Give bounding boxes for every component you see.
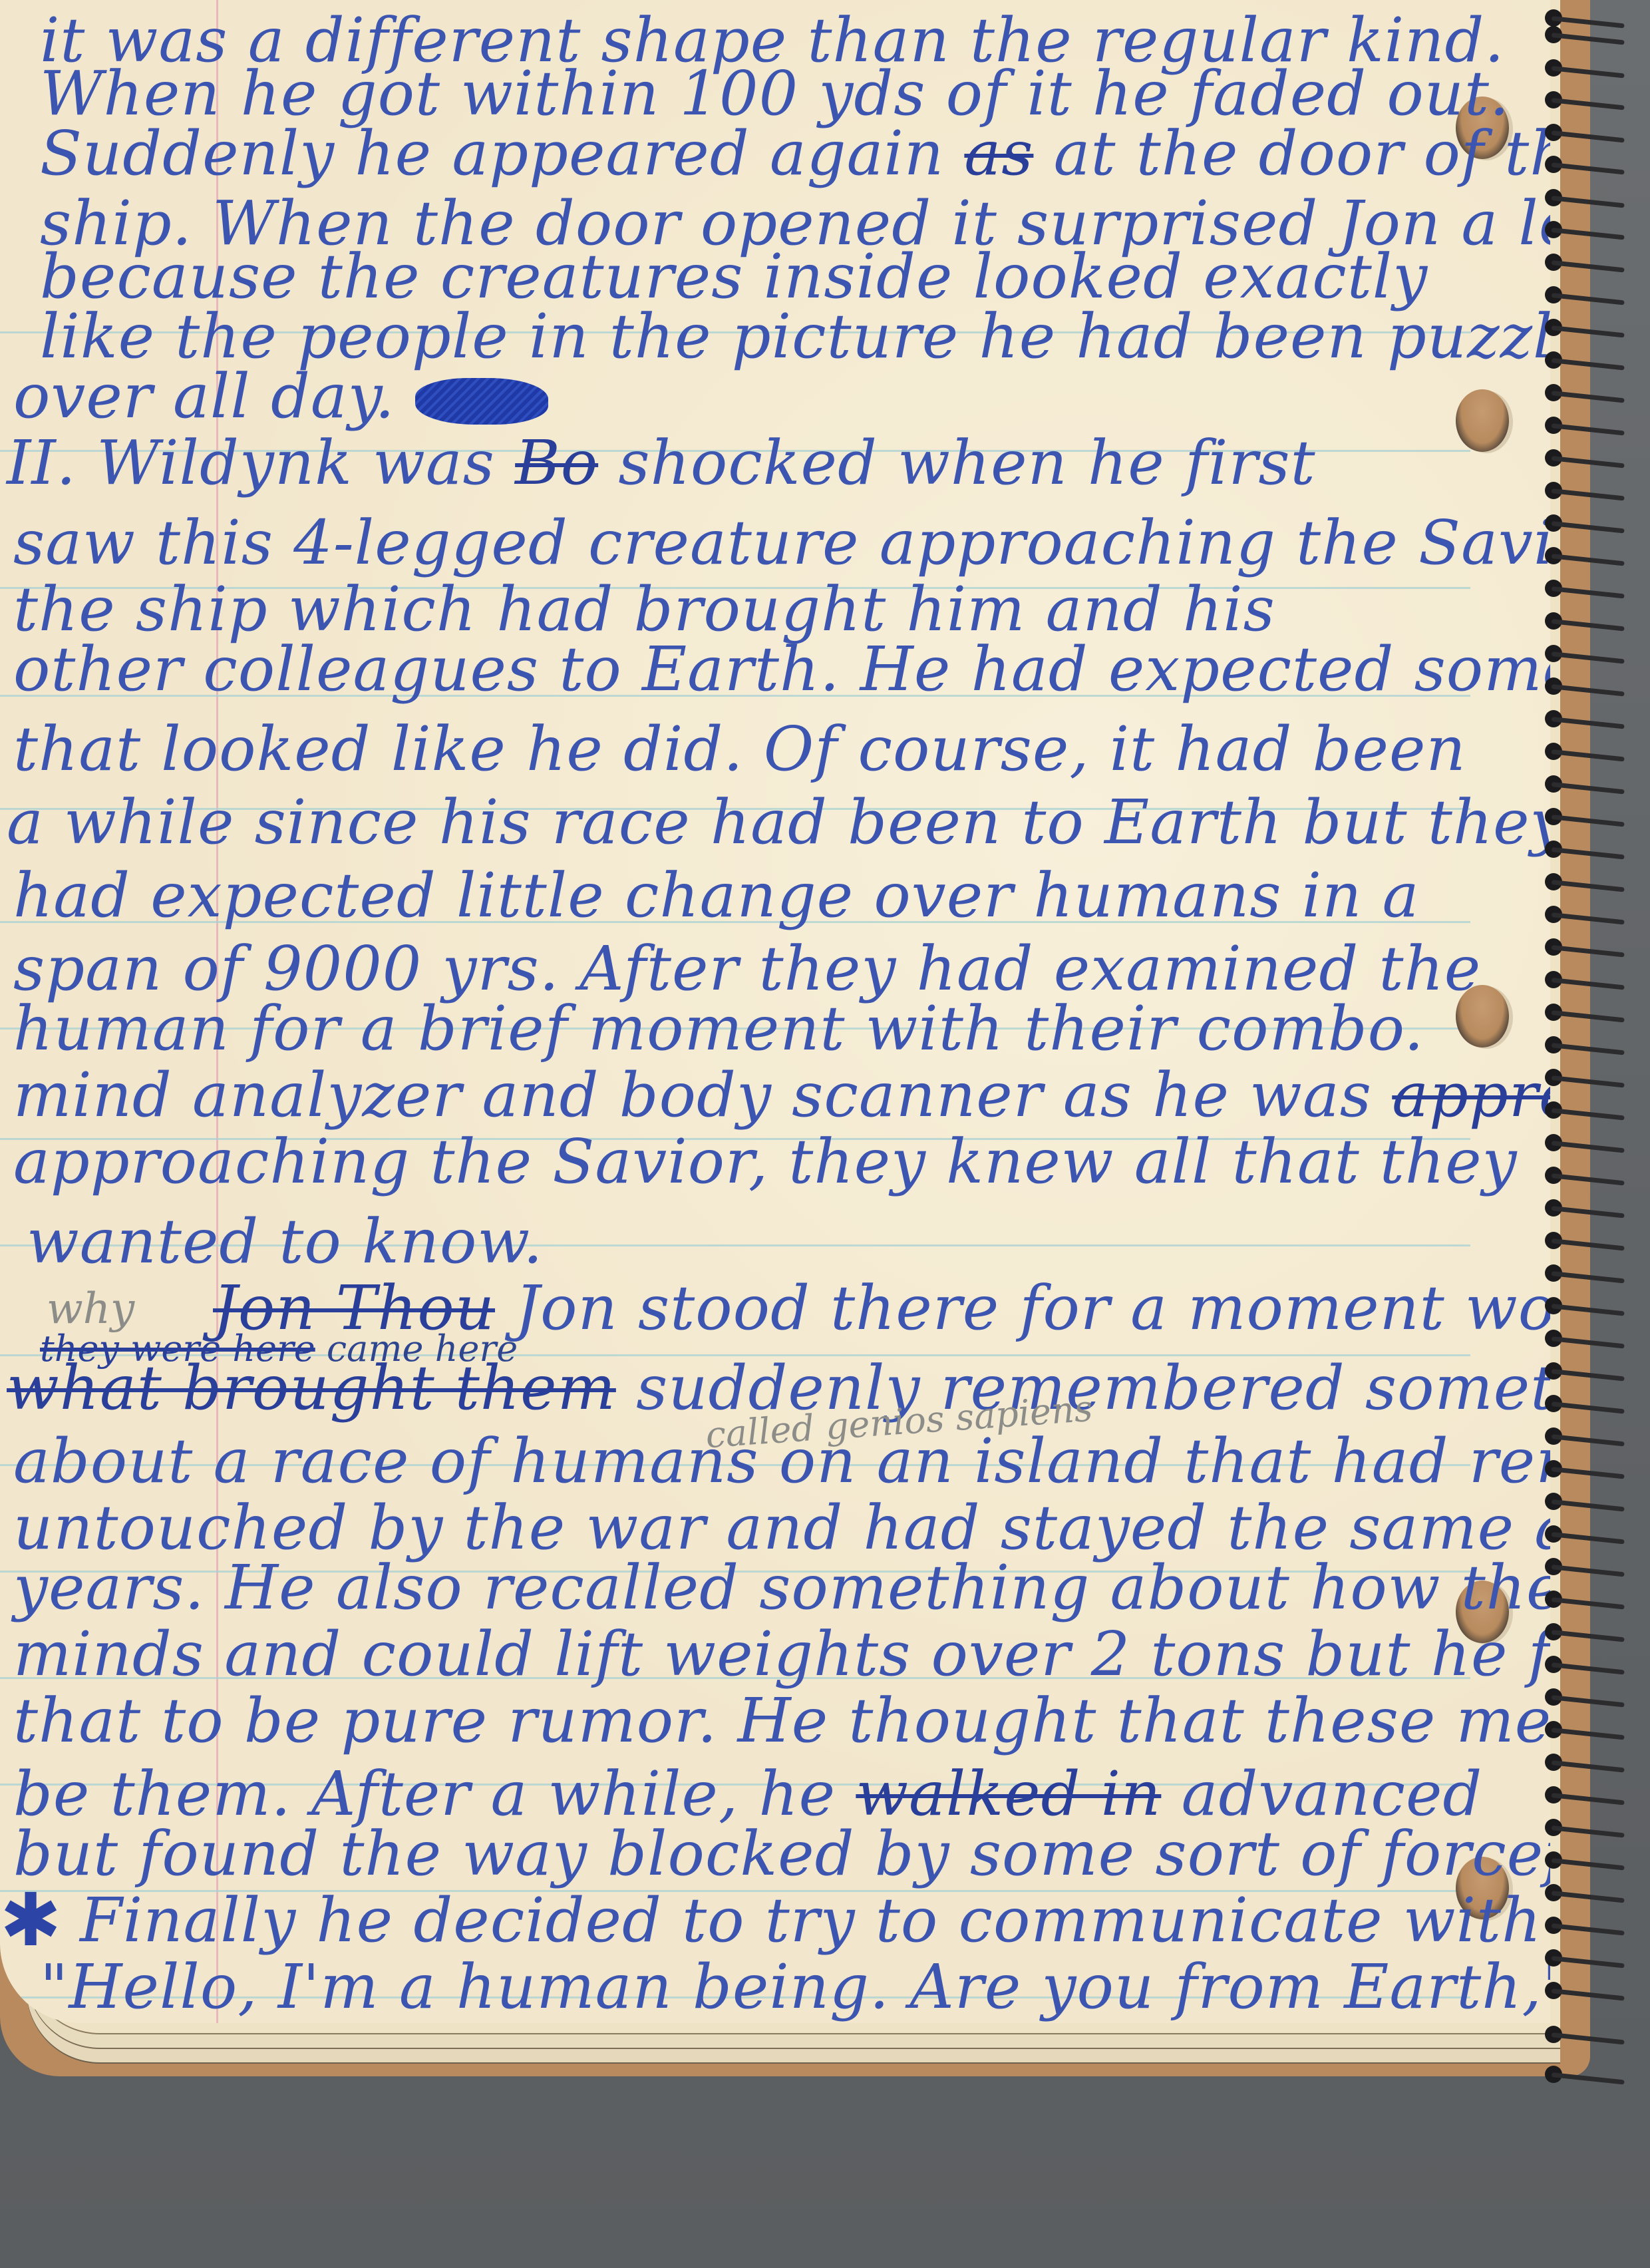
section-heading-line: II. Wildynk was Bo shocked when he first [7,433,1316,494]
text-line: years. He also recalled something about … [13,1557,1550,1618]
text-line: because the creatures inside looked exac… [40,246,1428,307]
text-line: When he got within 100 yds of it he fade… [40,63,1510,124]
struck-word: approa [1392,1059,1550,1131]
text-line: like the people in the picture he had be… [40,306,1550,367]
pencil-annotation-why: why [47,1288,134,1330]
text-line: span of 9000 yrs. After they had examine… [13,938,1481,1000]
text-line: the ship which had brought him and his [13,579,1275,640]
text-line: Finally he decided to try to communicate… [80,1890,1550,1951]
text-line: human for a brief moment with their comb… [13,998,1424,1059]
text-line: minds and could lift weights over 2 tons… [13,1624,1550,1685]
text-line: wanted to know. [27,1211,543,1272]
text-line: saw this 4-legged creature approaching t… [13,512,1550,574]
text-line: over all day. [13,366,548,427]
text-line: a while since his race had been to Earth… [7,792,1550,853]
text-line: other colleagues to Earth. He had expect… [13,639,1550,700]
text-line: that to be pure rumor. He thought that t… [13,1690,1550,1752]
text-line: be them. After a while, he walked in adv… [13,1764,1482,1825]
text-line: but found the way blocked by some sort o… [13,1823,1550,1885]
text-line: about a race of humans on an island that… [13,1431,1550,1492]
text-line: that looked like he did. Of course, it h… [13,719,1466,780]
binder-hole [1456,389,1509,452]
text-line: untouched by the war and had stayed the … [13,1497,1550,1559]
text-line: mind analyzer and body scanner as he was… [13,1065,1550,1126]
scribbled-out-word [415,378,548,425]
notebook-page: it was a different shape than the regula… [0,0,1550,2023]
text-line: "Hello, I'm a human being. Are you from … [40,1957,1550,2018]
struck-word: what brought them [7,1352,616,1423]
text-line: Suddenly he appeared again as at the doo… [40,123,1550,184]
struck-word: as [964,118,1033,189]
struck-word: Bo [515,427,598,498]
text-line: approaching the Savior, they knew all th… [13,1131,1518,1193]
asterisk-mark: ✱ [0,1883,61,1957]
text-line: had expected little change over humans i… [13,865,1419,926]
